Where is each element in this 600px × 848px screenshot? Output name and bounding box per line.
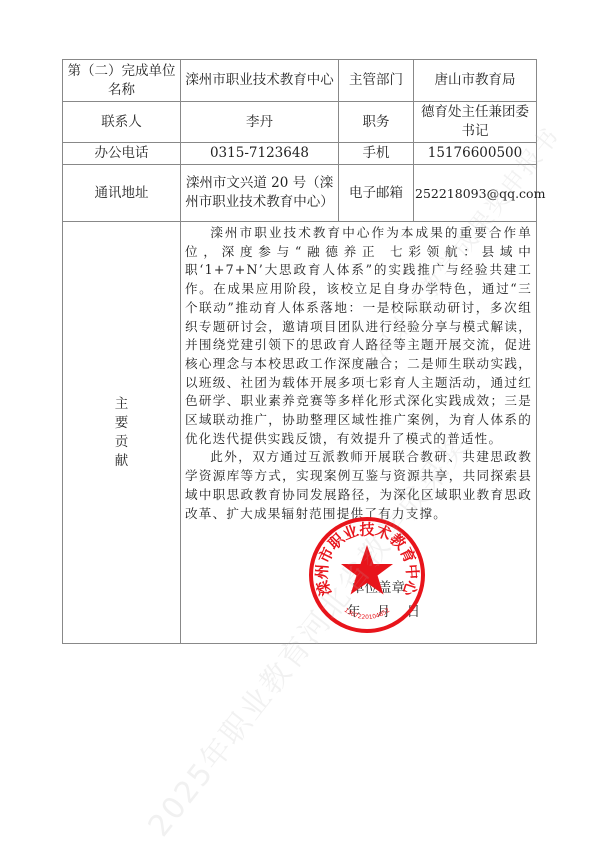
- position-label: 职务: [339, 102, 414, 143]
- contribution-paragraph: 此外，双方通过互派教师开展联合教研、共建思政教学资源库等方式，实现案例互鉴与资源…: [185, 448, 532, 523]
- unit-name-label: 第（二）完成单位名称: [63, 60, 181, 102]
- official-seal-icon: 滦州市职业技术教育中心 1307220104852: [307, 515, 427, 635]
- mobile-label: 手机: [339, 143, 414, 165]
- position-value: 德育处主任兼团委书记: [414, 102, 537, 143]
- unit-name-value: 滦州市职业技术教育中心: [181, 60, 339, 102]
- svg-text:1307220104852: 1307220104852: [343, 607, 392, 621]
- supervising-dept-value: 唐山市教育局: [414, 60, 537, 102]
- email-label: 电子邮箱: [339, 165, 414, 222]
- signature-area: 滦州市职业技术教育中心 1307220104852 单位盖章 年 月 日: [185, 523, 532, 643]
- seal-number: 1307220104852: [343, 607, 392, 621]
- main-contribution-content: 滦州市职业技术教育中心作为本成果的重要合作单位，深度参与“融德养正 七彩领航：县…: [181, 222, 537, 644]
- office-phone-label: 办公电话: [63, 143, 181, 165]
- supervising-dept-label: 主管部门: [339, 60, 414, 102]
- mobile-value: 15176600500: [414, 143, 537, 165]
- contact-label: 联系人: [63, 102, 181, 143]
- contact-value: 李丹: [181, 102, 339, 143]
- main-contribution-label: 主 要 贡 献: [63, 222, 181, 644]
- address-value: 滦州市文兴道 20 号（滦州市职业技术教育中心）: [181, 165, 339, 222]
- office-phone-value: 0315-7123648: [181, 143, 339, 165]
- completion-unit-table: 第（二）完成单位名称 滦州市职业技术教育中心 主管部门 唐山市教育局 联系人 李…: [62, 59, 537, 644]
- contribution-paragraph: 滦州市职业技术教育中心作为本成果的重要合作单位，深度参与“融德养正 七彩领航：县…: [185, 224, 532, 448]
- email-value: 252218093@qq.com: [414, 165, 537, 222]
- address-label: 通讯地址: [63, 165, 181, 222]
